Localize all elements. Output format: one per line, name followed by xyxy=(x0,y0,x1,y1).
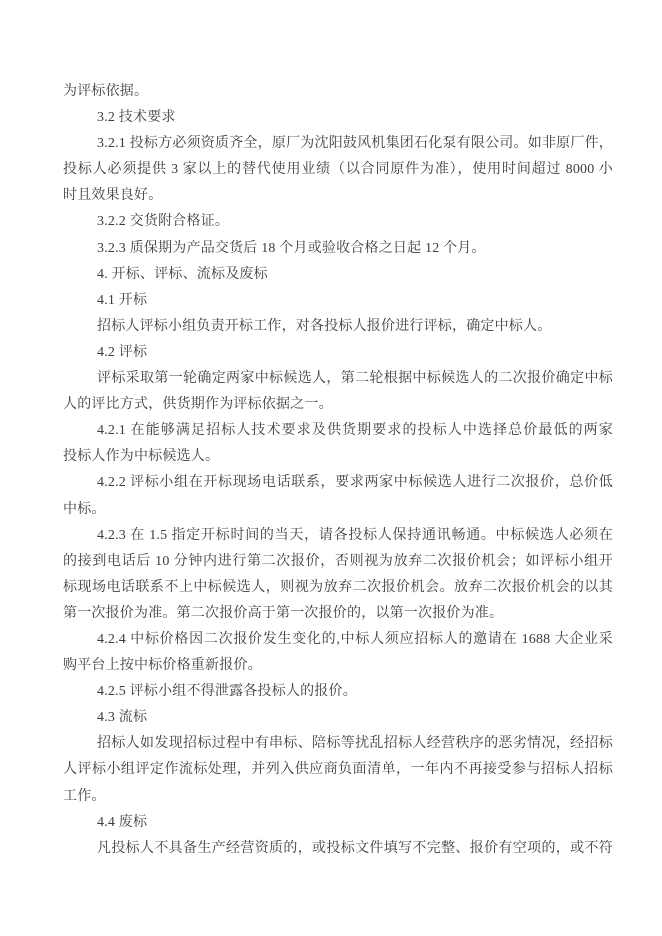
body-text-line: 3.2.3 质保期为产品交货后 18 个月或验收合格之日起 12 个月。 xyxy=(63,236,613,262)
body-text-line: 投标人作为中标候选人。 xyxy=(63,444,613,470)
body-text-line: 的接到电话后 10 分钟内进行第二次报价，否则视为放弃二次报价机会；如评标小组开 xyxy=(63,549,613,575)
section-heading-line: 4.1 开标 xyxy=(63,288,613,314)
body-text-line: 评标采取第一轮确定两家中标候选人，第二轮根据中标候选人的二次报价确定中标 xyxy=(63,366,613,392)
body-text-line: 购平台上按中标价格重新报价。 xyxy=(63,653,613,679)
body-text-line: 中标。 xyxy=(63,497,613,523)
body-text-line: 3.2.2 交货附合格证。 xyxy=(63,209,613,235)
body-text-line: 4.2.3 在 1.5 指定开标时间的当天，请各投标人保持通讯畅通。中标候选人必… xyxy=(63,523,613,549)
body-text-line: 第一次报价为准。第二次报价高于第一次报价的，以第一次报价为准。 xyxy=(63,601,613,627)
body-text-line: 人的评比方式，供货期作为评标依据之一。 xyxy=(63,392,613,418)
body-text-line: 4.2.1 在能够满足招标人技术要求及供货期要求的投标人中选择总价最低的两家 xyxy=(63,418,613,444)
body-text-line: 招标人评标小组负责开标工作，对各投标人报价进行评标，确定中标人。 xyxy=(63,314,613,340)
section-heading-line: 4. 开标、评标、流标及废标 xyxy=(63,262,613,288)
body-text-line: 4.2.4 中标价格因二次报价发生变化的,中标人须应招标人的邀请在 1688 大… xyxy=(63,627,613,653)
section-heading-line: 4.4 废标 xyxy=(63,810,613,836)
body-text-line: 3.2.1 投标方必须资质齐全，原厂为沈阳鼓风机集团石化泵有限公司。如非原厂件， xyxy=(63,131,613,157)
body-text-line: 人评标小组评定作流标处理，并列入供应商负面清单，一年内不再接受参与招标人招标 xyxy=(63,757,613,783)
section-heading-line: 4.2 评标 xyxy=(63,340,613,366)
body-text-line: 招标人如发现招标过程中有串标、陪标等扰乱招标人经营秩序的恶劣情况，经招标 xyxy=(63,731,613,757)
document-page: 为评标依据。 3.2 技术要求 3.2.1 投标方必须资质齐全，原厂为沈阳鼓风机… xyxy=(0,0,662,936)
body-text-line: 4.2.5 评标小组不得泄露各投标人的报价。 xyxy=(63,679,613,705)
section-heading-line: 4.3 流标 xyxy=(63,705,613,731)
body-text-line: 4.2.2 评标小组在开标现场电话联系，要求两家中标候选人进行二次报价，总价低 xyxy=(63,470,613,496)
body-text-line: 投标人必须提供 3 家以上的替代使用业绩（以合同原件为准），使用时间超过 800… xyxy=(63,157,613,183)
body-text-line: 标现场电话联系不上中标候选人，则视为放弃二次报价机会。放弃二次报价机会的以其 xyxy=(63,575,613,601)
section-heading-line: 3.2 技术要求 xyxy=(63,105,613,131)
body-text-line: 时且效果良好。 xyxy=(63,183,613,209)
body-text-line: 工作。 xyxy=(63,784,613,810)
body-text-line: 凡投标人不具备生产经营资质的，或投标文件填写不完整、报价有空项的，或不符 xyxy=(63,836,613,862)
body-text-line: 为评标依据。 xyxy=(63,79,613,105)
